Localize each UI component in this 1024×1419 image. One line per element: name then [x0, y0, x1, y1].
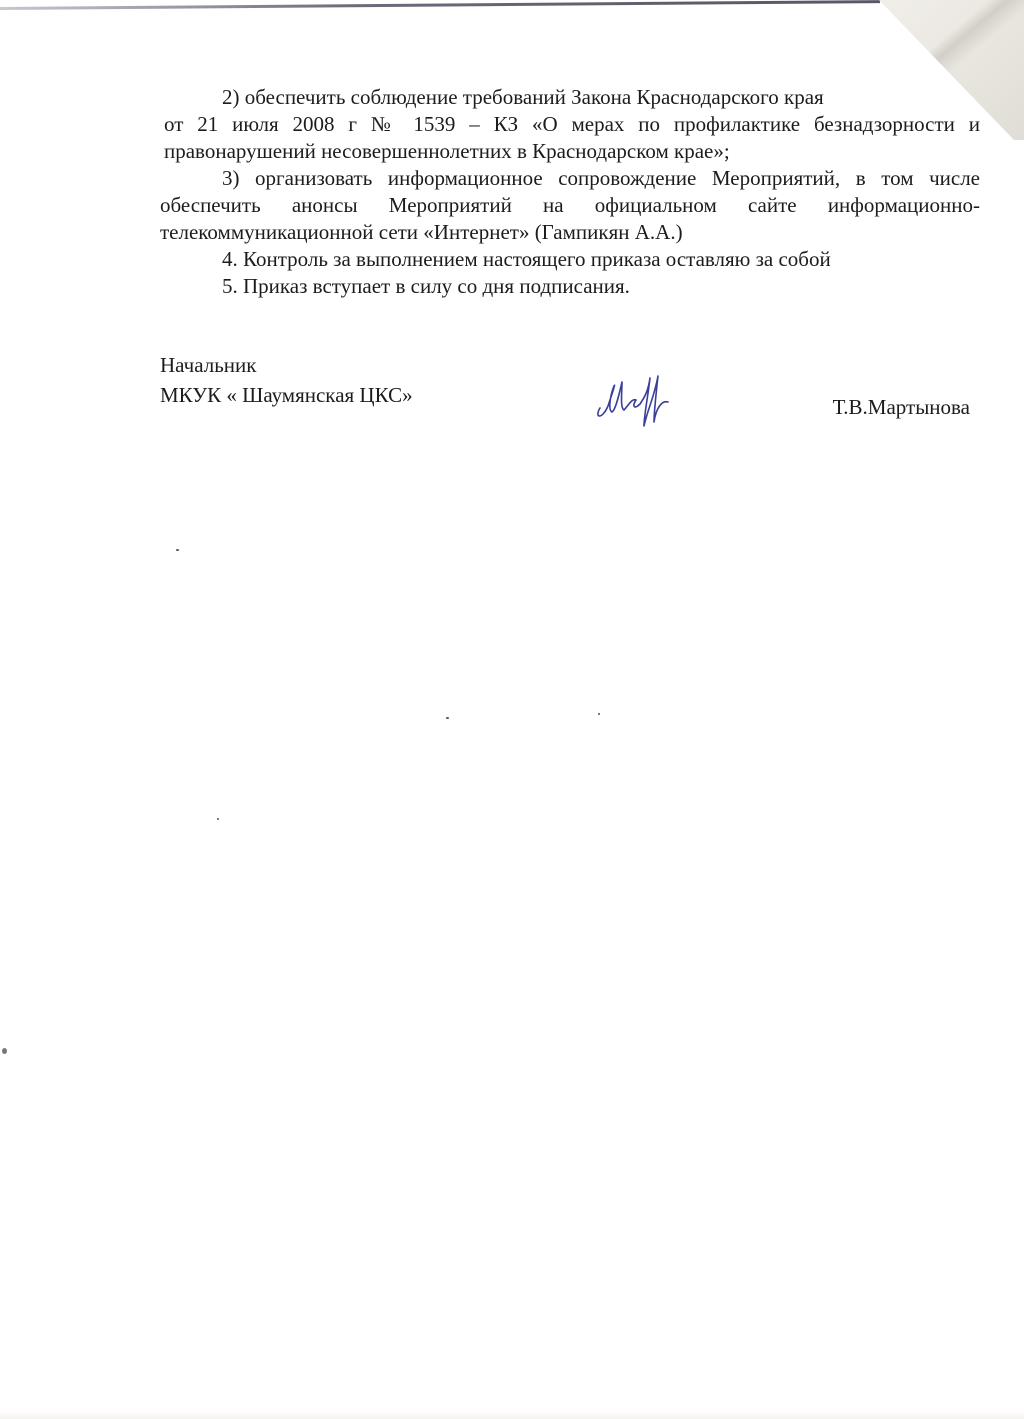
paragraph-item-4: 4. Контроль за выполнением настоящего пр… — [160, 246, 980, 273]
scan-top-edge — [0, 0, 880, 12]
paragraph-item-3: 3) организовать информационное сопровожд… — [160, 165, 980, 246]
paragraph-item-2-line2: от 21 июля 2008 г № 1539 – КЗ «О мерах п… — [160, 111, 980, 165]
handwritten-signature-icon — [592, 368, 692, 428]
signatory-organization: МКУК « Шаумянская ЦКС» — [160, 380, 413, 410]
signature-block: Начальник МКУК « Шаумянская ЦКС» Т.В.Мар… — [160, 350, 980, 430]
scan-bottom-edge — [0, 1411, 1024, 1419]
scan-speck — [2, 1048, 7, 1054]
scan-speck — [598, 713, 600, 715]
signatory-position: Начальник — [160, 350, 413, 380]
paragraph-item-5: 5. Приказ вступает в силу со дня подписа… — [160, 273, 980, 300]
document-body: 2) обеспечить соблюдение требований Зако… — [160, 84, 980, 300]
scan-speck — [217, 818, 219, 820]
paragraph-item-2-line1: 2) обеспечить соблюдение требований Зако… — [160, 84, 980, 111]
signatory-title: Начальник МКУК « Шаумянская ЦКС» — [160, 350, 413, 410]
signatory-name: Т.В.Мартынова — [833, 392, 970, 422]
scan-speck — [446, 717, 449, 719]
scan-speck — [176, 549, 179, 551]
